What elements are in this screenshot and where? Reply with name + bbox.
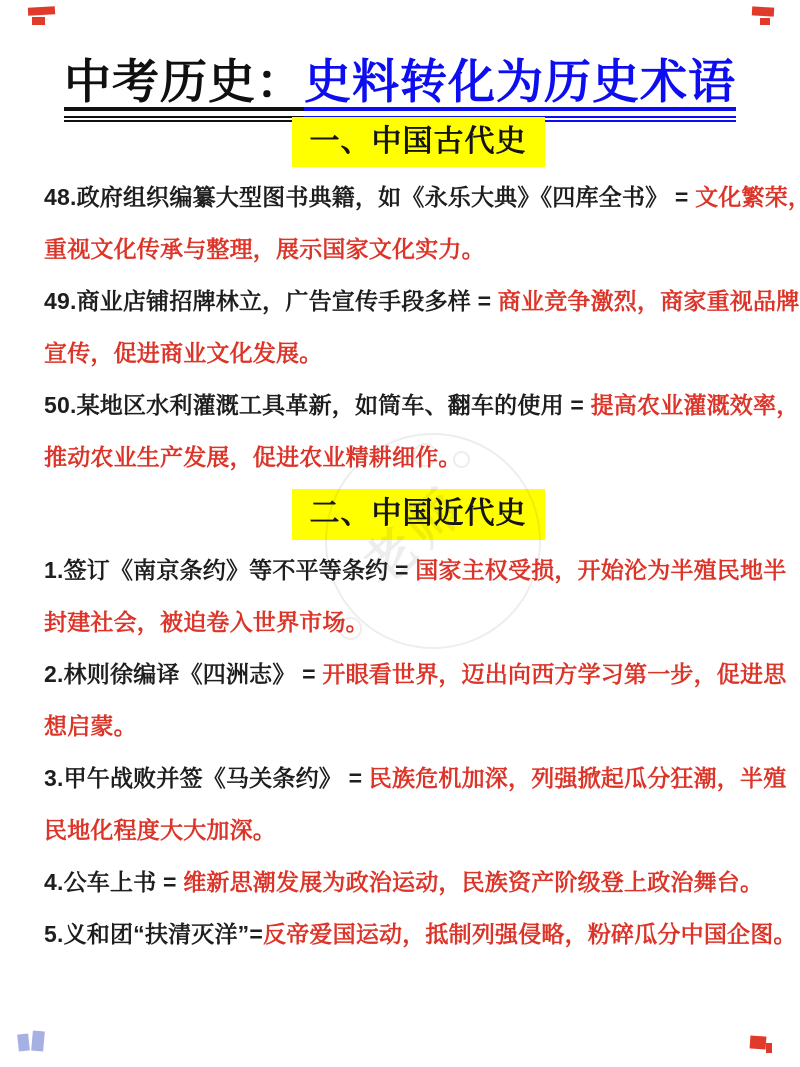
item-line: 4.公车上书 = 维新思潮发展为政治运动，民族资产阶级登上政治舞台。 <box>44 856 792 908</box>
item-source-text: 50.某地区水利灌溉工具革新，如筒车、翻车的使用 = <box>44 392 591 418</box>
item-term-text: 提高农业灌溉效率， <box>591 392 800 418</box>
item-line: 48.政府组织编纂大型图书典籍，如《永乐大典》《四库全书》 = 文化繁荣， <box>44 171 792 223</box>
items-block: 48.政府组织编纂大型图书典籍，如《永乐大典》《四库全书》 = 文化繁荣，重视文… <box>44 171 792 483</box>
corner-mark-bottom-left <box>18 1031 50 1055</box>
item-term-text: 民族危机加深，列强掀起瓜分狂潮，半殖 <box>369 765 787 791</box>
corner-mark-bottom-right <box>744 1034 772 1056</box>
list-item: 3.甲午战败并签《马关条约》 = 民族危机加深，列强掀起瓜分狂潮，半殖民地化程度… <box>44 752 792 856</box>
list-item: 50.某地区水利灌溉工具革新，如筒车、翻车的使用 = 提高农业灌溉效率，推动农业… <box>44 379 792 483</box>
item-line: 5.义和团“扶清灭洋”=反帝爱国运动，抵制列强侵略，粉碎瓜分中国企图。 <box>44 908 792 960</box>
list-item: 1.签订《南京条约》等不平等条约 = 国家主权受损，开始沦为半殖民地半封建社会，… <box>44 544 792 648</box>
item-line: 3.甲午战败并签《马关条约》 = 民族危机加深，列强掀起瓜分狂潮，半殖 <box>44 752 792 804</box>
item-term-text: 商业竞争激烈，商家重视品牌 <box>498 288 800 314</box>
section-heading-row: 二、中国近代史 <box>44 489 792 540</box>
item-term-text: 反帝爱国运动，抵制列强侵略，粉碎瓜分中国企图。 <box>263 921 797 947</box>
item-line: 2.林则徐编译《四洲志》 = 开眼看世界，迈出向西方学习第一步，促进思 <box>44 648 792 700</box>
item-line: 49.商业店铺招牌林立，广告宣传手段多样 = 商业竞争激烈，商家重视品牌 <box>44 275 792 327</box>
page-title: 中考历史：史料转化为历史术语 <box>0 56 800 109</box>
item-line: 宣传，促进商业文化发展。 <box>44 327 792 379</box>
item-term-text: 想启蒙。 <box>44 713 137 739</box>
item-line: 重视文化传承与整理，展示国家文化实力。 <box>44 223 792 275</box>
items-block: 1.签订《南京条约》等不平等条约 = 国家主权受损，开始沦为半殖民地半封建社会，… <box>44 544 792 960</box>
section-heading: 一、中国古代史 <box>292 117 545 168</box>
item-term-text: 文化繁荣， <box>695 184 800 210</box>
item-term-text: 维新思潮发展为政治运动，民族资产阶级登上政治舞台。 <box>183 869 763 895</box>
list-item: 4.公车上书 = 维新思潮发展为政治运动，民族资产阶级登上政治舞台。 <box>44 856 792 908</box>
list-item: 48.政府组织编纂大型图书典籍，如《永乐大典》《四库全书》 = 文化繁荣，重视文… <box>44 171 792 275</box>
section-heading: 二、中国近代史 <box>292 489 545 540</box>
item-term-text: 国家主权受损，开始沦为半殖民地半 <box>415 557 786 583</box>
document-page: 老师 中考历史：史料转化为历史术语 一、中国古代史48.政府组织编纂大型图书典籍… <box>0 0 800 1067</box>
item-line: 推动农业生产发展，促进农业精耕细作。 <box>44 431 792 483</box>
item-source-text: 2.林则徐编译《四洲志》 = <box>44 661 322 687</box>
item-term-text: 重视文化传承与整理，展示国家文化实力。 <box>44 236 485 262</box>
title-blue-segment: 史料转化为历史术语 <box>304 55 736 124</box>
section-heading-row: 一、中国古代史 <box>44 117 792 168</box>
item-line: 想启蒙。 <box>44 700 792 752</box>
item-line: 民地化程度大大加深。 <box>44 804 792 856</box>
item-term-text: 开眼看世界，迈出向西方学习第一步，促进思 <box>322 661 786 687</box>
corner-mark-top-right <box>744 5 774 27</box>
item-term-text: 宣传，促进商业文化发展。 <box>44 340 322 366</box>
item-source-text: 49.商业店铺招牌林立，广告宣传手段多样 = <box>44 288 498 314</box>
list-item: 2.林则徐编译《四洲志》 = 开眼看世界，迈出向西方学习第一步，促进思想启蒙。 <box>44 648 792 752</box>
list-item: 5.义和团“扶清灭洋”=反帝爱国运动，抵制列强侵略，粉碎瓜分中国企图。 <box>44 908 792 960</box>
item-line: 封建社会，被迫卷入世界市场。 <box>44 596 792 648</box>
item-source-text: 1.签订《南京条约》等不平等条约 = <box>44 557 415 583</box>
item-source-text: 4.公车上书 = <box>44 869 183 895</box>
item-source-text: 3.甲午战败并签《马关条约》 = <box>44 765 369 791</box>
item-line: 1.签订《南京条约》等不平等条约 = 国家主权受损，开始沦为半殖民地半 <box>44 544 792 596</box>
corner-mark-top-left <box>28 5 64 27</box>
item-source-text: 5.义和团“扶清灭洋”= <box>44 921 263 947</box>
item-term-text: 封建社会，被迫卷入世界市场。 <box>44 609 369 635</box>
item-term-text: 民地化程度大大加深。 <box>44 817 276 843</box>
title-black-segment: 中考历史： <box>64 55 304 124</box>
item-source-text: 48.政府组织编纂大型图书典籍，如《永乐大典》《四库全书》 = <box>44 184 695 210</box>
item-line: 50.某地区水利灌溉工具革新，如筒车、翻车的使用 = 提高农业灌溉效率， <box>44 379 792 431</box>
list-item: 49.商业店铺招牌林立，广告宣传手段多样 = 商业竞争激烈，商家重视品牌宣传，促… <box>44 275 792 379</box>
item-term-text: 推动农业生产发展，促进农业精耕细作。 <box>44 444 462 470</box>
content-area: 一、中国古代史48.政府组织编纂大型图书典籍，如《永乐大典》《四库全书》 = 文… <box>0 117 800 960</box>
